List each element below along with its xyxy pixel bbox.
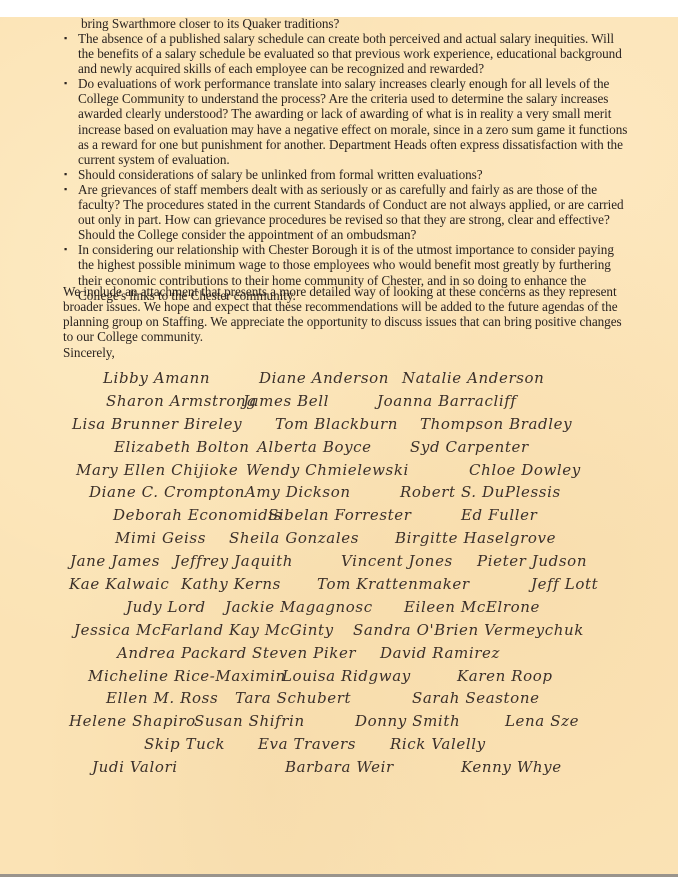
signature: Rick Valelly bbox=[390, 737, 486, 752]
signature: Sheila Gonzales bbox=[229, 531, 359, 546]
signature: Kenny Whye bbox=[461, 760, 562, 775]
signature-row: Diane C. CromptonAmy DicksonRobert S. Du… bbox=[0, 485, 678, 508]
concern-text: Should considerations of salary be unlin… bbox=[78, 167, 483, 182]
signature: Karen Roop bbox=[457, 669, 553, 684]
signature-row: Jane JamesJeffrey JaquithVincent JonesPi… bbox=[0, 554, 678, 577]
signature: Eileen McElrone bbox=[404, 600, 540, 615]
signature: Ellen M. Ross bbox=[106, 691, 218, 706]
concerns-list: ▪The absence of a published salary sched… bbox=[63, 31, 633, 303]
concern-item: ▪Should considerations of salary be unli… bbox=[63, 167, 633, 182]
signature-row: Mimi GeissSheila GonzalesBirgitte Haselg… bbox=[0, 531, 678, 554]
signature-row: Mary Ellen ChijiokeWendy ChmielewskiChlo… bbox=[0, 463, 678, 486]
signature: Alberta Boyce bbox=[257, 440, 372, 455]
signature: Jessica McFarland bbox=[74, 623, 224, 638]
signature-row: Andrea PackardSteven PikerDavid Ramirez bbox=[0, 646, 678, 669]
signature: Diane C. Crompton bbox=[89, 485, 245, 500]
signature-row: Jessica McFarlandKay McGintySandra O'Bri… bbox=[0, 623, 678, 646]
signature: Tom Blackburn bbox=[275, 417, 398, 432]
signature: Barbara Weir bbox=[285, 760, 394, 775]
signature: Diane Anderson bbox=[259, 371, 389, 386]
concern-item: ▪Are grievances of staff members dealt w… bbox=[63, 182, 633, 242]
signature: Joanna Barracliff bbox=[377, 394, 517, 409]
signature: Natalie Anderson bbox=[402, 371, 544, 386]
signature-row: Ellen M. RossTara SchubertSarah Seastone bbox=[0, 691, 678, 714]
signature: Chloe Dowley bbox=[469, 463, 581, 478]
signature: Syd Carpenter bbox=[410, 440, 529, 455]
bullet-icon: ▪ bbox=[64, 167, 67, 182]
concern-item: ▪Do evaluations of work performance tran… bbox=[63, 76, 633, 167]
signature: Eva Travers bbox=[258, 737, 356, 752]
signature: Lisa Brunner Bireley bbox=[72, 417, 242, 432]
signature-row: Lisa Brunner BireleyTom BlackburnThompso… bbox=[0, 417, 678, 440]
signature-row: Libby AmannDiane AndersonNatalie Anderso… bbox=[0, 371, 678, 394]
signature: Donny Smith bbox=[355, 714, 460, 729]
signature: Kay McGinty bbox=[229, 623, 334, 638]
signature: Andrea Packard bbox=[117, 646, 247, 661]
signature: Jane James bbox=[70, 554, 160, 569]
signature-row: Helene ShapiroSusan ShifrinDonny SmithLe… bbox=[0, 714, 678, 737]
concern-text: Are grievances of staff members dealt wi… bbox=[78, 182, 624, 242]
signature: David Ramirez bbox=[380, 646, 500, 661]
signature: Libby Amann bbox=[103, 371, 210, 386]
signature: Kathy Kerns bbox=[181, 577, 281, 592]
signature: Amy Dickson bbox=[245, 485, 351, 500]
signature: Judy Lord bbox=[126, 600, 206, 615]
bullet-icon: ▪ bbox=[64, 242, 67, 257]
signature: Micheline Rice-Maximin bbox=[88, 669, 286, 684]
valediction: Sincerely, bbox=[63, 345, 115, 360]
signature-row: Skip TuckEva TraversRick Valelly bbox=[0, 737, 678, 760]
signature: Tom Krattenmaker bbox=[317, 577, 470, 592]
signature-row: Elizabeth BoltonAlberta BoyceSyd Carpent… bbox=[0, 440, 678, 463]
signature-row: Kae KalwaicKathy KernsTom KrattenmakerJe… bbox=[0, 577, 678, 600]
signature: Skip Tuck bbox=[144, 737, 225, 752]
signature: Robert S. DuPlessis bbox=[400, 485, 561, 500]
signature: Mary Ellen Chijioke bbox=[76, 463, 238, 478]
signature: Jackie Magagnosc bbox=[225, 600, 373, 615]
signature: Susan Shifrin bbox=[194, 714, 305, 729]
signature: Tara Schubert bbox=[235, 691, 351, 706]
signature: Judi Valori bbox=[92, 760, 178, 775]
concern-text: The absence of a published salary schedu… bbox=[78, 31, 622, 76]
signature: Helene Shapiro bbox=[69, 714, 196, 729]
signature: Deborah Economidis bbox=[113, 508, 282, 523]
signature: Sandra O'Brien Vermeychuk bbox=[353, 623, 584, 638]
signature-row: Judi ValoriBarbara WeirKenny Whye bbox=[0, 760, 678, 783]
signature-row: Micheline Rice-MaximinLouisa RidgwayKare… bbox=[0, 669, 678, 692]
signature: Sarah Seastone bbox=[412, 691, 540, 706]
signature: Wendy Chmielewski bbox=[246, 463, 409, 478]
bullet-icon: ▪ bbox=[64, 182, 67, 197]
signature: Pieter Judson bbox=[477, 554, 587, 569]
signature-block: Libby AmannDiane AndersonNatalie Anderso… bbox=[0, 371, 678, 783]
signature: Louisa Ridgway bbox=[282, 669, 411, 684]
signature: Elizabeth Bolton bbox=[114, 440, 250, 455]
signature: Jeff Lott bbox=[531, 577, 598, 592]
signature: James Bell bbox=[243, 394, 329, 409]
bullet-icon: ▪ bbox=[64, 31, 67, 46]
bullet-icon: ▪ bbox=[64, 76, 67, 91]
signature: Birgitte Haselgrove bbox=[395, 531, 556, 546]
signature: Sharon Armstrong bbox=[106, 394, 257, 409]
signature: Lena Sze bbox=[505, 714, 579, 729]
signature: Kae Kalwaic bbox=[69, 577, 169, 592]
closing-paragraph: We include an attachment that presents a… bbox=[63, 284, 633, 344]
signature: Thompson Bradley bbox=[420, 417, 572, 432]
signature: Sibelan Forrester bbox=[268, 508, 412, 523]
signature-row: Judy LordJackie MagagnoscEileen McElrone bbox=[0, 600, 678, 623]
signature: Mimi Geiss bbox=[115, 531, 206, 546]
signature: Jeffrey Jaquith bbox=[174, 554, 293, 569]
signature: Steven Piker bbox=[252, 646, 356, 661]
signature-row: Deborah EconomidisSibelan ForresterEd Fu… bbox=[0, 508, 678, 531]
concern-item: ▪The absence of a published salary sched… bbox=[63, 31, 633, 76]
concern-text: Do evaluations of work performance trans… bbox=[78, 76, 627, 166]
signature: Vincent Jones bbox=[341, 554, 453, 569]
signature: Ed Fuller bbox=[461, 508, 537, 523]
signature-row: Sharon ArmstrongJames BellJoanna Barracl… bbox=[0, 394, 678, 417]
continuation-line: bring Swarthmore closer to its Quaker tr… bbox=[81, 16, 339, 31]
